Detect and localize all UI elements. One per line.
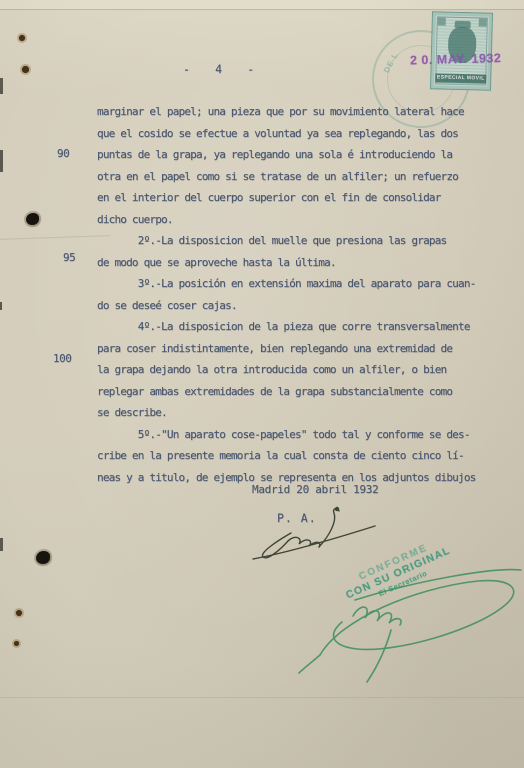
body-line: 2º.-La disposicion del muelle que presio… (97, 230, 497, 252)
body-line: 5º.-"Un aparato cose-papeles" todo tal y… (97, 424, 497, 446)
scanned-document-page: DE L ESPECIAL MOVIL 2 0. MAY. 1932 - 4 -… (0, 0, 524, 768)
margin-line-number: 100 (53, 352, 71, 365)
page-edge-tear (0, 302, 2, 310)
body-line: en el interior del cuerpo superior con e… (97, 187, 497, 209)
date-cancellation-stamp: 2 0. MAY. 1932 (410, 51, 520, 68)
punch-hole (26, 213, 39, 225)
body-line: cribe en la presente memoria la cual con… (97, 445, 497, 467)
body-line: dicho cuerpo. (97, 209, 497, 231)
body-line: replegar ambas extremidades de la grapa … (97, 381, 497, 403)
stamp-corner-ornament (438, 17, 446, 25)
handwritten-signature-green (295, 560, 524, 692)
body-line: para coser indistintamente, bien replega… (97, 338, 497, 360)
staple-hole (22, 66, 29, 73)
body-line: puntas de la grapa, ya replegando una so… (97, 144, 497, 166)
body-line: se describe. (97, 402, 497, 424)
body-line: do se deseé coser cajas. (97, 295, 497, 317)
body-line: la grapa dejando la otra introducida com… (97, 359, 497, 381)
page-edge-tear (0, 78, 3, 94)
staple-hole (19, 35, 25, 41)
signature-flourish-icon (245, 500, 385, 566)
paper-fold-strip (0, 0, 524, 9)
punch-hole (36, 551, 50, 564)
paper-crease (0, 697, 524, 698)
paper-crease (0, 235, 110, 240)
stamp-banner-label: ESPECIAL MOVIL (435, 73, 486, 83)
typewritten-body: marginar el papel; una pieza que por su … (97, 101, 497, 488)
margin-line-number: 95 (63, 251, 75, 264)
body-line: otra en el papel como si se tratase de u… (97, 166, 497, 188)
staple-hole (16, 610, 22, 616)
dateline: Madrid 20 abril 1932 (252, 483, 378, 496)
margin-line-number: 90 (57, 147, 69, 160)
body-line: de modo que se aproveche hasta la última… (97, 252, 497, 274)
signature-flourish-icon (295, 560, 524, 688)
body-line: que el cosido se efectue a voluntad ya s… (97, 123, 497, 145)
body-line: 3º.-La posición en extensión maxima del … (97, 273, 497, 295)
staple-hole (14, 641, 19, 646)
body-line: 4º.-La disposicion de la pieza que corre… (97, 316, 497, 338)
page-edge-tear (0, 538, 3, 551)
page-edge-tear (0, 150, 3, 172)
body-line: marginar el papel; una pieza que por su … (97, 101, 497, 123)
page-number: - 4 - (183, 62, 254, 76)
stamp-corner-ornament (479, 18, 487, 26)
